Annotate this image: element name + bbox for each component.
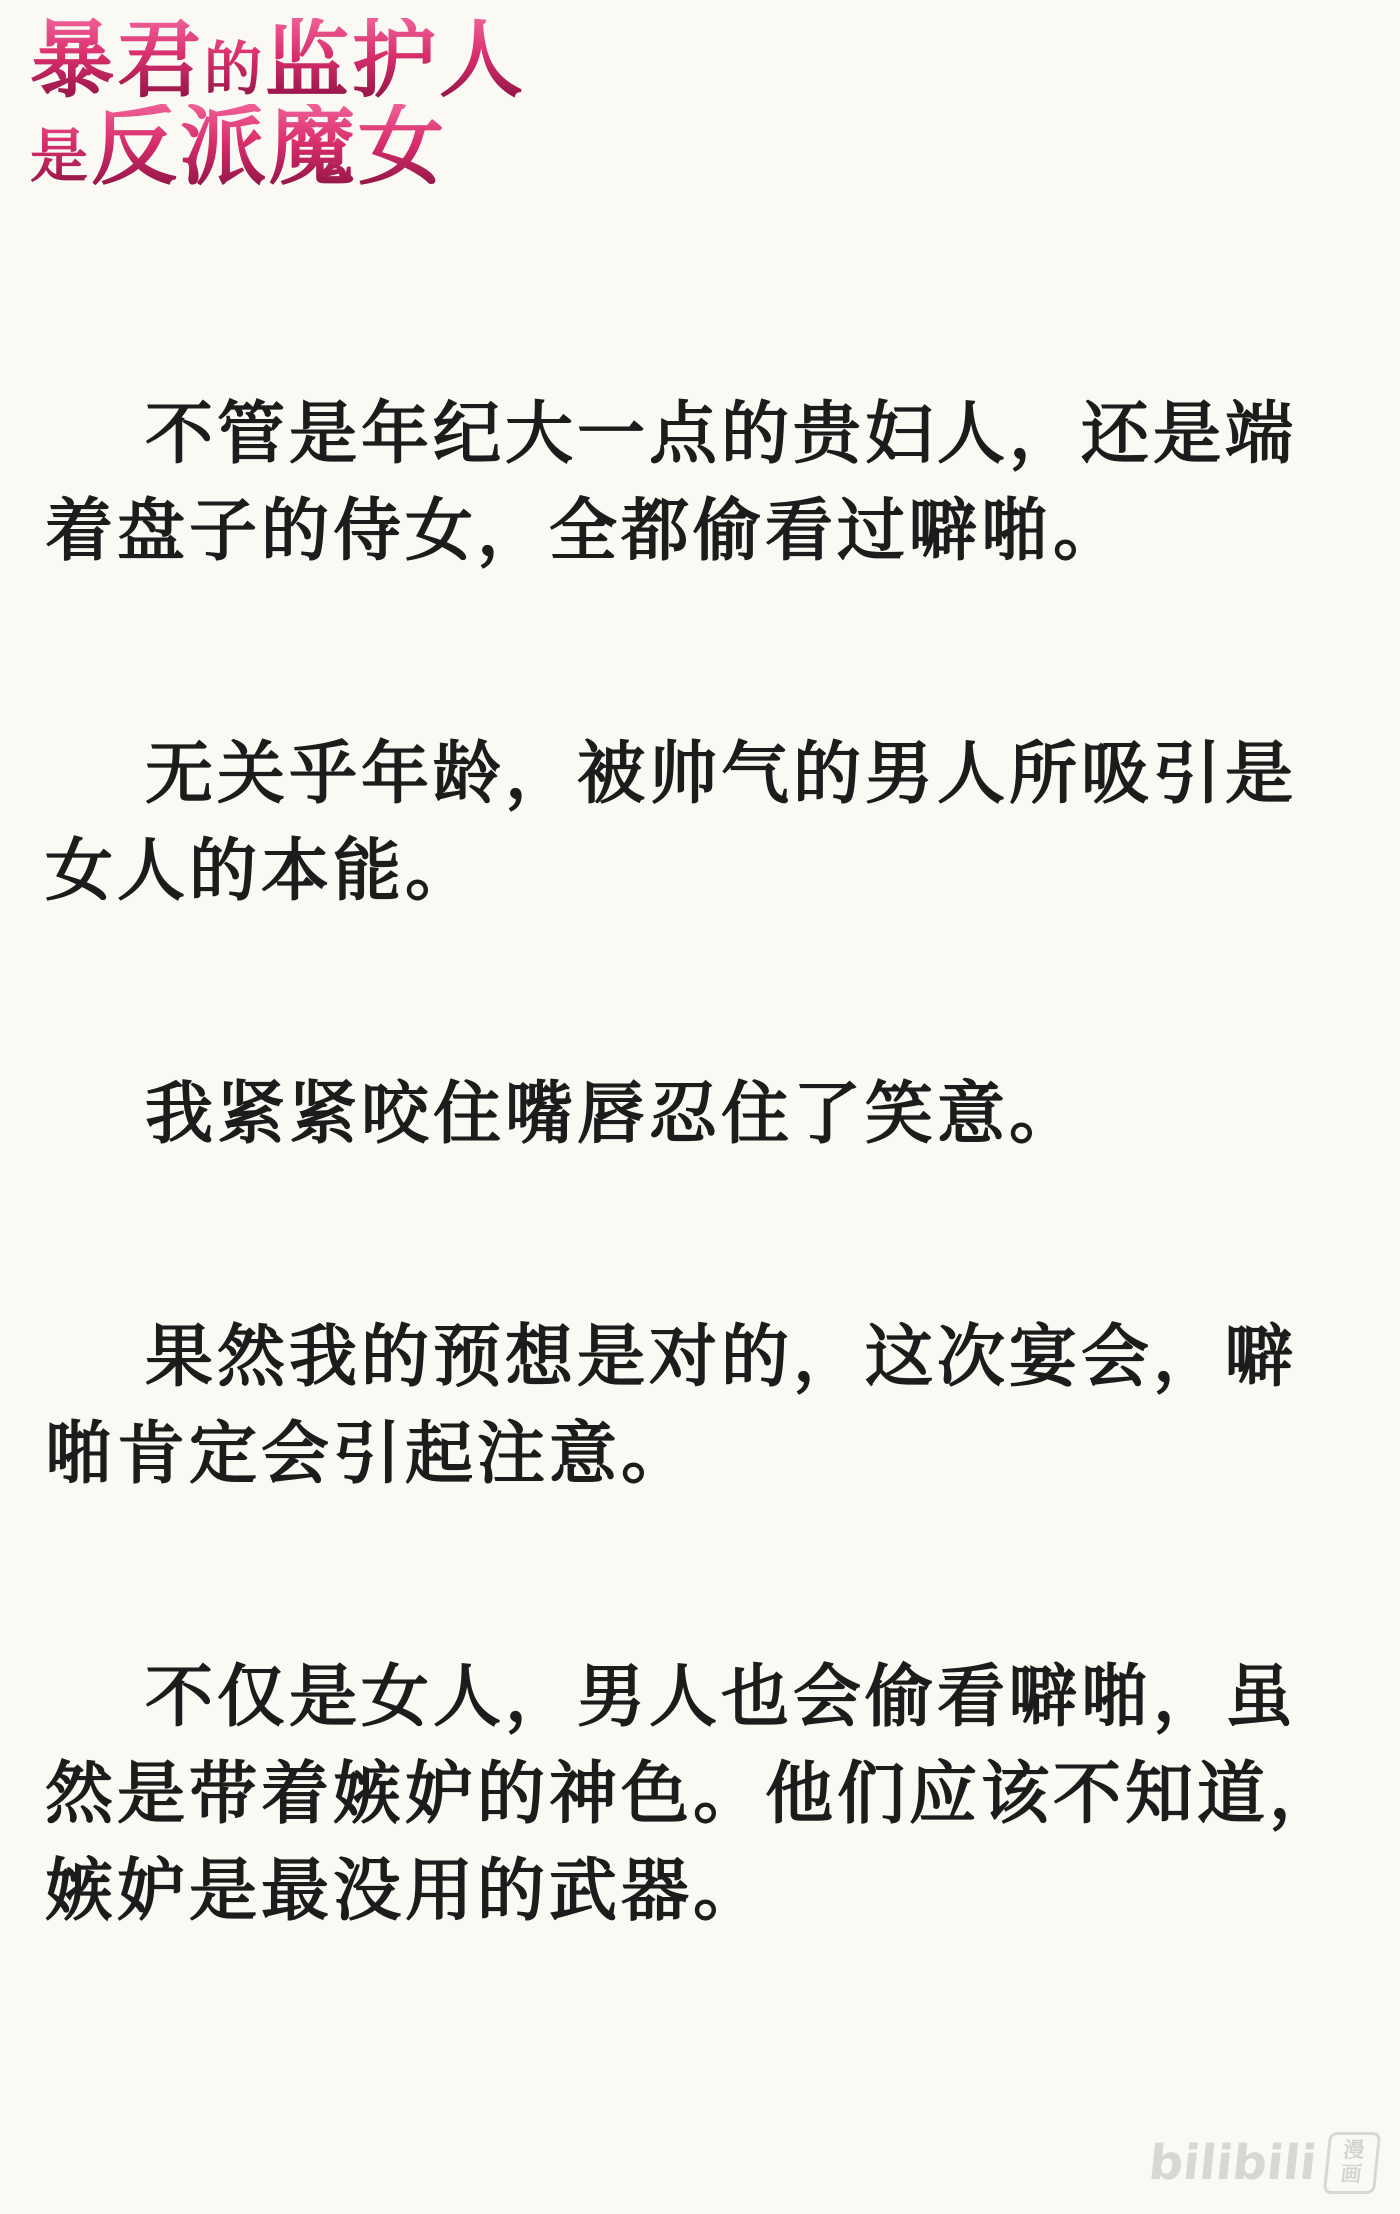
paragraph: 无关乎年龄，被帅气的男人所吸引是 女人的本能。: [45, 726, 1360, 920]
novel-text-content: 不管是年纪大一点的贵妇人，还是端 着盘子的侍女，全都偷看过噼啪。 无关乎年龄，被…: [45, 386, 1360, 2086]
text-line: 嫉妒是最没用的武器。: [45, 1843, 1360, 1940]
bilibili-logo-text: bilibili: [1146, 2135, 1319, 2191]
series-logo-line-1: 暴君的监护人: [30, 18, 526, 102]
text-line: 不仅是女人，男人也会偷看噼啪，虽: [45, 1649, 1360, 1746]
series-logo-line-2: 是反派魔女: [30, 104, 526, 190]
text-line: 啪肯定会引起注意。: [45, 1406, 1360, 1503]
logo-text-part: 监护人: [265, 10, 526, 109]
paragraph: 不管是年纪大一点的贵妇人，还是端 着盘子的侍女，全都偷看过噼啪。: [45, 386, 1360, 580]
series-logo: 暴君的监护人 是反派魔女: [30, 18, 526, 190]
paragraph: 我紧紧咬住嘴唇忍住了笑意。: [45, 1066, 1360, 1163]
text-line: 女人的本能。: [45, 823, 1360, 920]
text-line: 不管是年纪大一点的贵妇人，还是端: [45, 386, 1360, 483]
logo-text-part: 魔女: [269, 96, 447, 197]
text-line: 无关乎年龄，被帅气的男人所吸引是: [45, 726, 1360, 823]
logo-text-part: 反派: [91, 96, 269, 197]
logo-text-part: 是: [30, 122, 91, 190]
bilibili-watermark: bilibili 漫 画: [1145, 2132, 1381, 2194]
text-line: 果然我的预想是对的，这次宴会，噼: [45, 1309, 1360, 1406]
manhua-badge: 漫 画: [1323, 2132, 1382, 2194]
text-line: 我紧紧咬住嘴唇忍住了笑意。: [45, 1066, 1360, 1163]
text-line: 然是带着嫉妒的神色。他们应该不知道，: [45, 1746, 1360, 1843]
manhua-badge-char-top: 漫: [1342, 2139, 1366, 2163]
manhua-badge-char-bottom: 画: [1339, 2163, 1363, 2187]
logo-text-part: 的: [204, 35, 265, 103]
paragraph: 不仅是女人，男人也会偷看噼啪，虽 然是带着嫉妒的神色。他们应该不知道， 嫉妒是最…: [45, 1649, 1360, 1940]
paragraph: 果然我的预想是对的，这次宴会，噼 啪肯定会引起注意。: [45, 1309, 1360, 1503]
text-line: 着盘子的侍女，全都偷看过噼啪。: [45, 483, 1360, 580]
logo-text-part: 暴君: [30, 10, 204, 109]
